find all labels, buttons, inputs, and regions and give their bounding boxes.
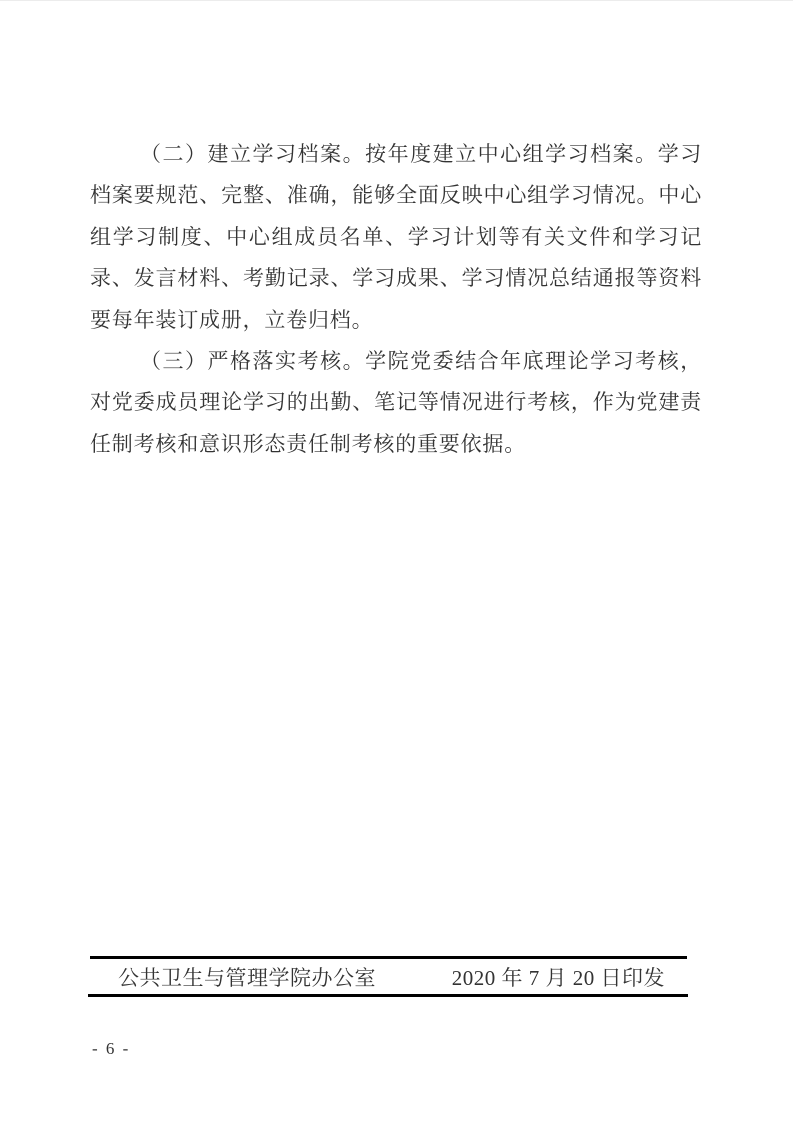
footer-rule-top bbox=[90, 956, 687, 959]
page-number: - 6 - bbox=[92, 1039, 130, 1059]
footer-print-date: 2020 年 7 月 20 日印发 bbox=[452, 962, 665, 992]
body-paragraph-assessment: （三）严格落实考核。学院党委结合年底理论学习考核，对党委成员理论学习的出勤、笔记… bbox=[90, 341, 702, 465]
body-paragraph-archive: （二）建立学习档案。按年度建立中心组学习档案。学习档案要规范、完整、准确，能够全… bbox=[90, 134, 702, 341]
document-body: （二）建立学习档案。按年度建立中心组学习档案。学习档案要规范、完整、准确，能够全… bbox=[90, 134, 702, 465]
footer-issuer: 公共卫生与管理学院办公室 bbox=[118, 962, 376, 992]
document-page: （二）建立学习档案。按年度建立中心组学习档案。学习档案要规范、完整、准确，能够全… bbox=[0, 0, 793, 1122]
footer-rule-bottom bbox=[88, 994, 688, 997]
footer: 公共卫生与管理学院办公室 2020 年 7 月 20 日印发 bbox=[90, 962, 687, 992]
